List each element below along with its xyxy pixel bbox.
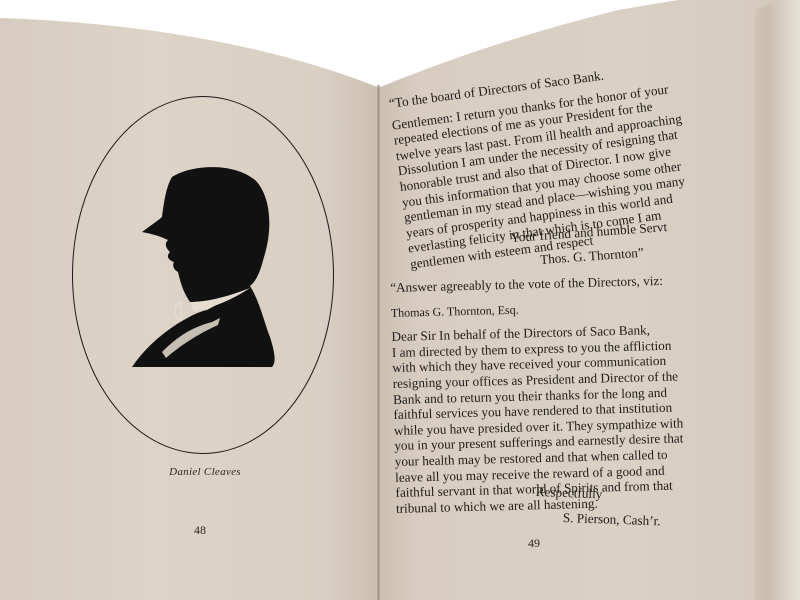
open-book: Daniel Cleaves 48 “To the board of Direc…: [0, 0, 800, 600]
page-number-right: 49: [528, 536, 540, 551]
letter-addressee: Thomas G. Thornton, Esq.: [391, 297, 721, 321]
portrait-caption: Daniel Cleaves: [140, 466, 270, 478]
letter-pierson: “Answer agreeably to the vote of the Dir…: [390, 271, 726, 516]
book-gutter: [377, 85, 380, 600]
silhouette-portrait-icon: [132, 162, 282, 372]
page-number-left: 48: [180, 523, 220, 538]
letter-pierson-closing: Respectfully S. Pierson, Cash’r.: [535, 484, 736, 531]
